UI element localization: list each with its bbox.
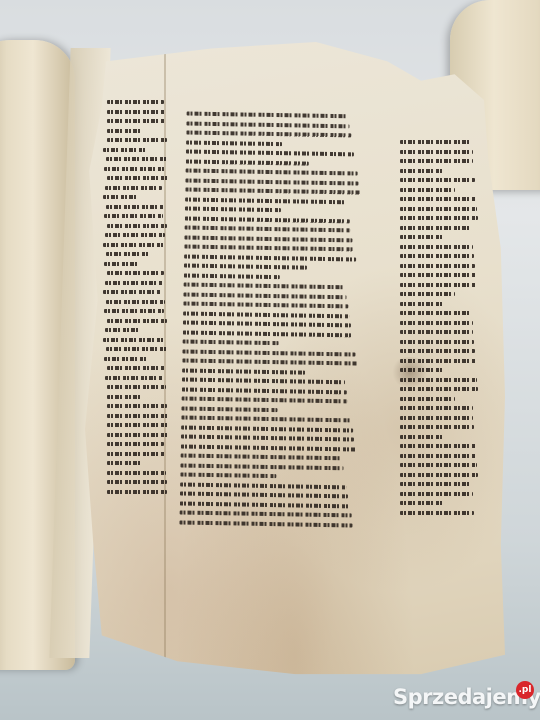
manuscript-line [107,271,164,275]
manuscript-line [107,176,169,180]
manuscript-line [179,520,352,527]
manuscript-line [181,453,342,460]
manuscript-line [182,358,357,365]
manuscript-line [400,416,473,420]
manuscript-line [400,245,473,249]
manuscript-line [400,207,477,211]
manuscript-line [103,148,146,152]
manuscript-line [182,377,345,384]
manuscript-line [105,281,163,285]
text-column-right [400,140,478,520]
manuscript-line [105,376,163,380]
manuscript-line [400,216,478,220]
manuscript-line [184,235,352,242]
manuscript-line [105,328,139,332]
manuscript-line [400,387,478,391]
manuscript-line [400,178,475,182]
manuscript-line [182,396,348,403]
manuscript-line [400,330,473,334]
manuscript-line [181,406,277,412]
manuscript-line [185,187,360,194]
manuscript-line [107,461,141,465]
manuscript-line [184,273,280,279]
manuscript-line [400,349,475,353]
watermark-badge: .pl [516,681,534,699]
manuscript-line [400,473,478,477]
manuscript-line [184,244,354,251]
manuscript-line [400,482,472,486]
manuscript-line [400,340,474,344]
manuscript-line [184,263,307,269]
manuscript-line [400,454,476,458]
manuscript-line [107,414,168,418]
manuscript-line [180,491,348,498]
manuscript-line [400,197,476,201]
manuscript-line [400,492,473,496]
manuscript-line [104,167,165,171]
manuscript-line [106,157,167,161]
manuscript-line [400,406,473,410]
manuscript-line [107,110,165,114]
manuscript-line [186,168,358,175]
manuscript-line [185,206,281,212]
manuscript-line [400,444,476,448]
manuscript-line [400,264,475,268]
manuscript-line [400,359,476,363]
manuscript-line [400,321,473,325]
manuscript-line [107,471,166,475]
manuscript-line [182,349,355,356]
manuscript-line [106,300,165,304]
manuscript-line [183,330,353,337]
manuscript-line [107,490,167,494]
manuscript-line [183,339,279,345]
manuscript-line [104,309,164,313]
manuscript-line [180,482,346,489]
manuscript-line [107,100,164,104]
manuscript-line [181,444,356,451]
manuscript-line [107,480,167,484]
manuscript-line [183,301,348,308]
manuscript-line [400,302,443,306]
manuscript-line [400,425,474,429]
photo-scene: Sprzedajemy .pl [0,0,540,720]
manuscript-line [184,254,356,261]
manuscript-line [400,397,455,401]
manuscript-line [104,357,147,361]
manuscript-line [105,186,162,190]
manuscript-line [107,385,166,389]
manuscript-line [107,423,168,427]
manuscript-line [400,150,473,154]
manuscript-line [400,273,476,277]
manuscript-line [182,387,347,394]
manuscript-line [180,510,352,517]
manuscript-line [107,129,141,133]
manuscript-line [400,235,443,239]
manuscript-line [107,452,165,456]
manuscript-line [107,395,141,399]
manuscript-line [180,501,350,508]
manuscript-line [186,140,282,146]
manuscript-line [400,254,474,258]
manuscript-line [105,233,165,237]
manuscript-line [107,224,167,228]
manuscript-line [400,140,472,144]
manuscript-line [104,214,163,218]
manuscript-line [107,119,165,123]
manuscript-line [104,262,138,266]
manuscript-line [400,169,443,173]
text-column-left [107,100,169,499]
manuscript-line [400,463,477,467]
manuscript-line [186,131,351,138]
manuscript-line [183,311,349,318]
manuscript-line [183,320,351,327]
manuscript-line [400,435,443,439]
manuscript-line [107,138,167,142]
manuscript-line [106,347,168,351]
manuscript-line [107,319,167,323]
manuscript-line [400,226,472,230]
manuscript-line [107,366,165,370]
manuscript-line [186,159,309,165]
manuscript-line [107,442,164,446]
manuscript-line [186,149,354,156]
manuscript-line [400,378,477,382]
manuscript-line [400,283,476,287]
manuscript-line [183,292,346,299]
manuscript-line [106,252,149,256]
manuscript-line [181,425,353,432]
manuscript-line [184,282,345,289]
manuscript-line [185,216,350,223]
manuscript-line [103,243,164,247]
manuscript-line [103,195,137,199]
manuscript-line [181,415,351,422]
manuscript-line [180,472,276,478]
manuscript-line [185,225,351,232]
manuscript-line [400,292,455,296]
manuscript-line [186,121,349,128]
manuscript-line [185,197,346,204]
manuscript-line [400,368,443,372]
manuscript-line [400,159,473,163]
manuscript-line [103,290,161,294]
manuscript-line [107,433,169,437]
manuscript-line [180,463,343,470]
manuscript-line [107,404,167,408]
manuscript-line [103,338,164,342]
text-column-center [179,112,361,533]
manuscript-line [400,511,474,515]
manuscript-line [400,311,472,315]
manuscript-line [185,178,358,185]
manuscript-line [106,205,164,209]
manuscript-line [182,368,305,374]
manuscript-line [181,434,354,441]
manuscript-line [400,501,443,505]
manuscript-line [400,188,455,192]
